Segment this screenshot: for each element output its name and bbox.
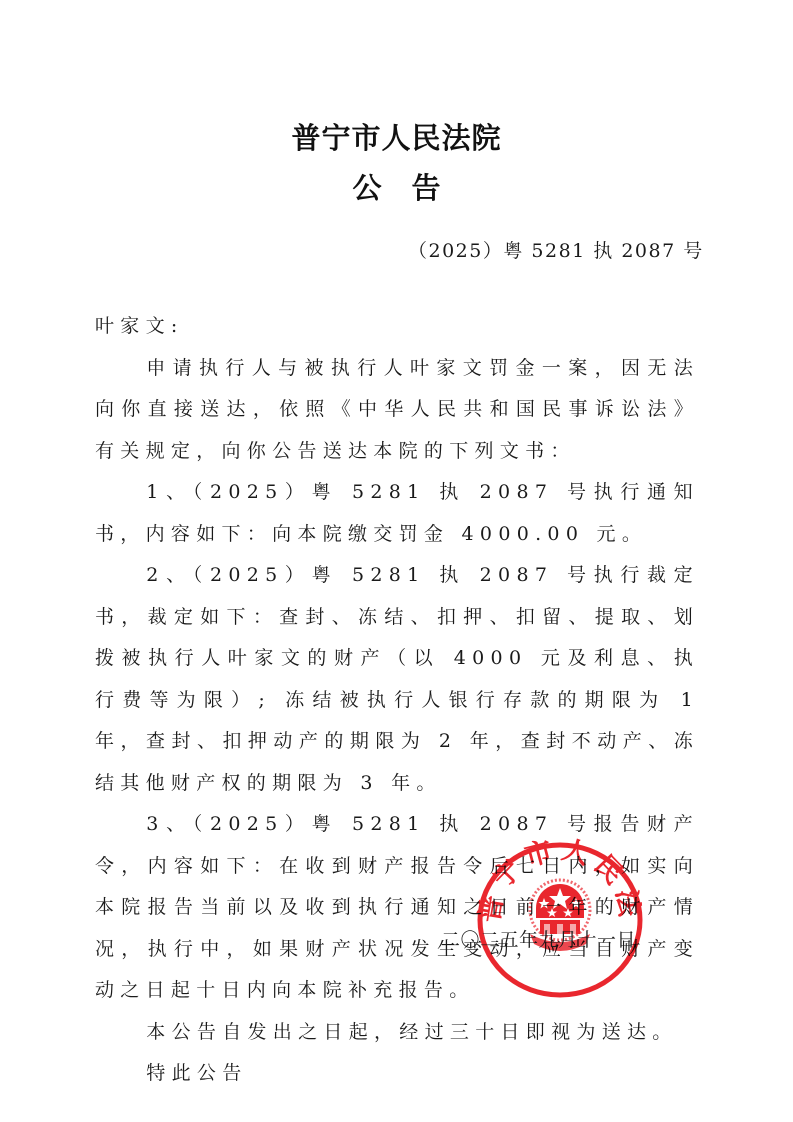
notice-title: 公告 — [0, 166, 793, 207]
service-effective-paragraph: 本公告自发出之日起，经过三十日即视为送达。 — [95, 1012, 699, 1054]
closing-phrase: 特此公告 — [95, 1053, 699, 1095]
case-number: （2025）粤 5281 执 2087 号 — [408, 236, 704, 263]
issue-date: 二〇二五年九月十一日 — [441, 925, 636, 952]
intro-paragraph: 申请执行人与被执行人叶家文罚金一案，因无法向你直接送达，依照《中华人民共和国民事… — [95, 348, 699, 473]
item-2-execution-ruling: 2、（2025）粤 5281 执 2087 号执行裁定书，裁定如下：查封、冻结、… — [95, 555, 699, 804]
document-page: 普宁市人民法院 公告 （2025）粤 5281 执 2087 号 叶家文: 申请… — [0, 0, 793, 1122]
addressee: 叶家文: — [95, 306, 699, 348]
court-name-heading: 普宁市人民法院 — [0, 116, 793, 157]
court-seal-icon: 普宁市人民法院 — [474, 838, 646, 998]
item-1-execution-notice: 1、（2025）粤 5281 执 2087 号执行通知书，内容如下：向本院缴交罚… — [95, 472, 699, 555]
